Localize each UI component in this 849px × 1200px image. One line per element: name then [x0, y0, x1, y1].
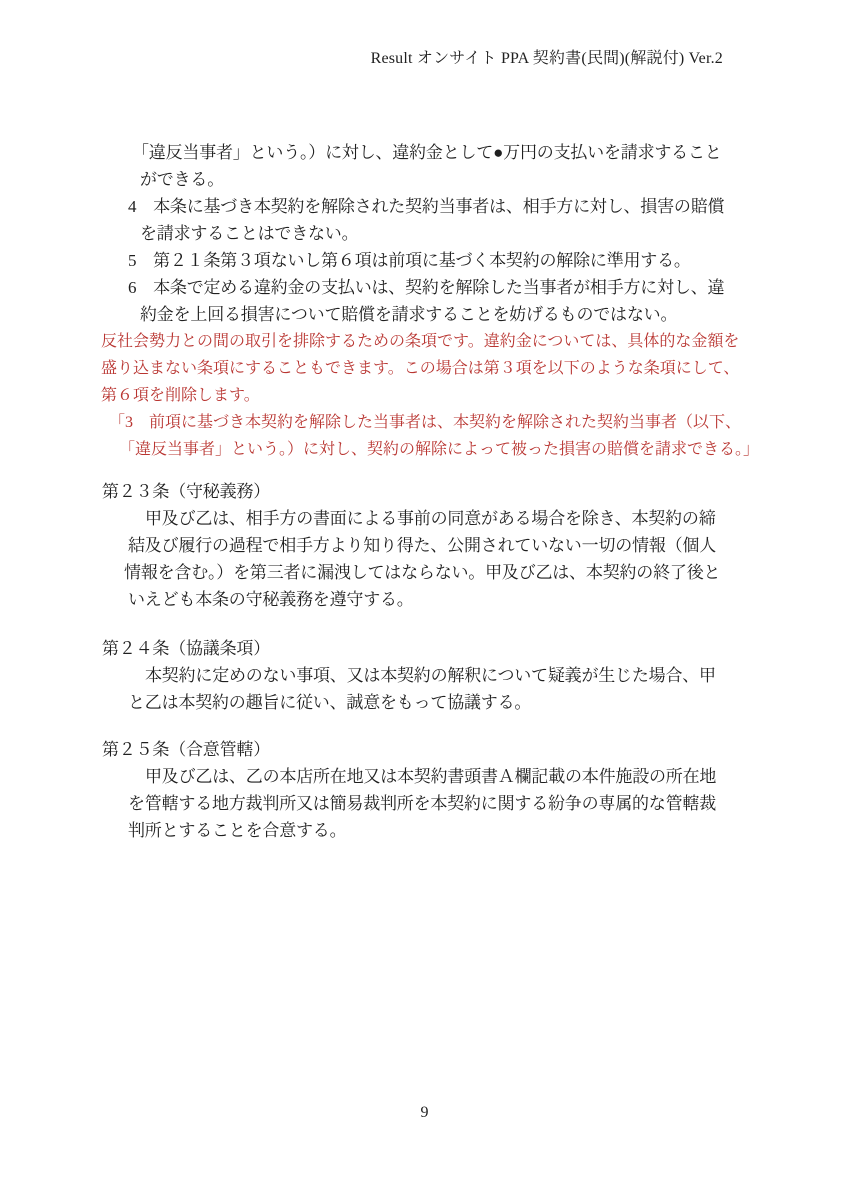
commentary-line: 第６項を削除します。	[101, 382, 798, 409]
contract-text-line: 本契約に定めのない事項、又は本契約の解釈について疑義が生じた場合、甲	[145, 662, 798, 689]
contract-text-line: ができる。	[140, 166, 798, 193]
contract-clause-item-4: 4 本条に基づき本契約を解除された契約当事者は、相手方に対し、損害の賠償	[128, 193, 798, 220]
contract-text-line: 約金を上回る損害について賠償を請求することを妨げるものではない。	[140, 301, 798, 328]
contract-text-line: を管轄する地方裁判所又は簡易裁判所を本契約に関する紛争の専属的な管轄裁	[128, 790, 798, 817]
contract-text-line: 甲及び乙は、相手方の書面による事前の同意がある場合を除き、本契約の締	[145, 505, 798, 532]
document-header-title: Result オンサイト PPA 契約書(民間)(解説付) Ver.2	[0, 49, 723, 69]
contract-text-line: 判所とすることを合意する。	[128, 817, 798, 844]
contract-text-line: 結及び履行の過程で相手方より知り得た、公開されていない一切の情報（個人	[128, 532, 798, 559]
section-heading-article-25: 第２５条（合意管轄）	[102, 736, 798, 763]
contract-clause-item-5: 5 第２１条第３項ないし第６項は前項に基づく本契約の解除に準用する。	[128, 247, 798, 274]
contract-text-line: 情報を含む。）を第三者に漏洩してはならない。甲及び乙は、本契約の終了後と	[124, 559, 798, 586]
page-number: 9	[0, 1104, 849, 1122]
contract-text-line: いえども本条の守秘義務を遵守する。	[128, 586, 798, 613]
contract-clause-item-6: 6 本条で定める違約金の支払いは、契約を解除した当事者が相手方に対し、違	[128, 274, 798, 301]
commentary-quoted-clause: 「違反当事者」という。）に対し、契約の解除によって被った損害の賠償を請求できる。…	[119, 436, 798, 463]
contract-text-line: を請求することはできない。	[140, 220, 798, 247]
contract-text-line: と乙は本契約の趣旨に従い、誠意をもって協議する。	[128, 689, 798, 716]
commentary-line: 盛り込まない条項にすることもできます。この場合は第３項を以下のような条項にして、	[101, 355, 798, 382]
section-heading-article-23: 第２３条（守秘義務）	[102, 478, 798, 505]
contract-document-page: Result オンサイト PPA 契約書(民間)(解説付) Ver.2 「違反当…	[0, 0, 849, 1200]
commentary-line: 反社会勢力との間の取引を排除するための条項です。違約金については、具体的な金額を	[101, 328, 798, 355]
commentary-quoted-clause: 「3 前項に基づき本契約を解除した当事者は、本契約を解除された契約当事者（以下、	[109, 409, 798, 436]
document-body: 「違反当事者」という。）に対し、違約金として●万円の支払いを請求すること ができ…	[98, 139, 798, 844]
section-heading-article-24: 第２４条（協議条項）	[102, 635, 798, 662]
contract-text-line: 「違反当事者」という。）に対し、違約金として●万円の支払いを請求すること	[132, 139, 798, 166]
contract-text-line: 甲及び乙は、乙の本店所在地又は本契約書頭書Ａ欄記載の本件施設の所在地	[145, 763, 798, 790]
